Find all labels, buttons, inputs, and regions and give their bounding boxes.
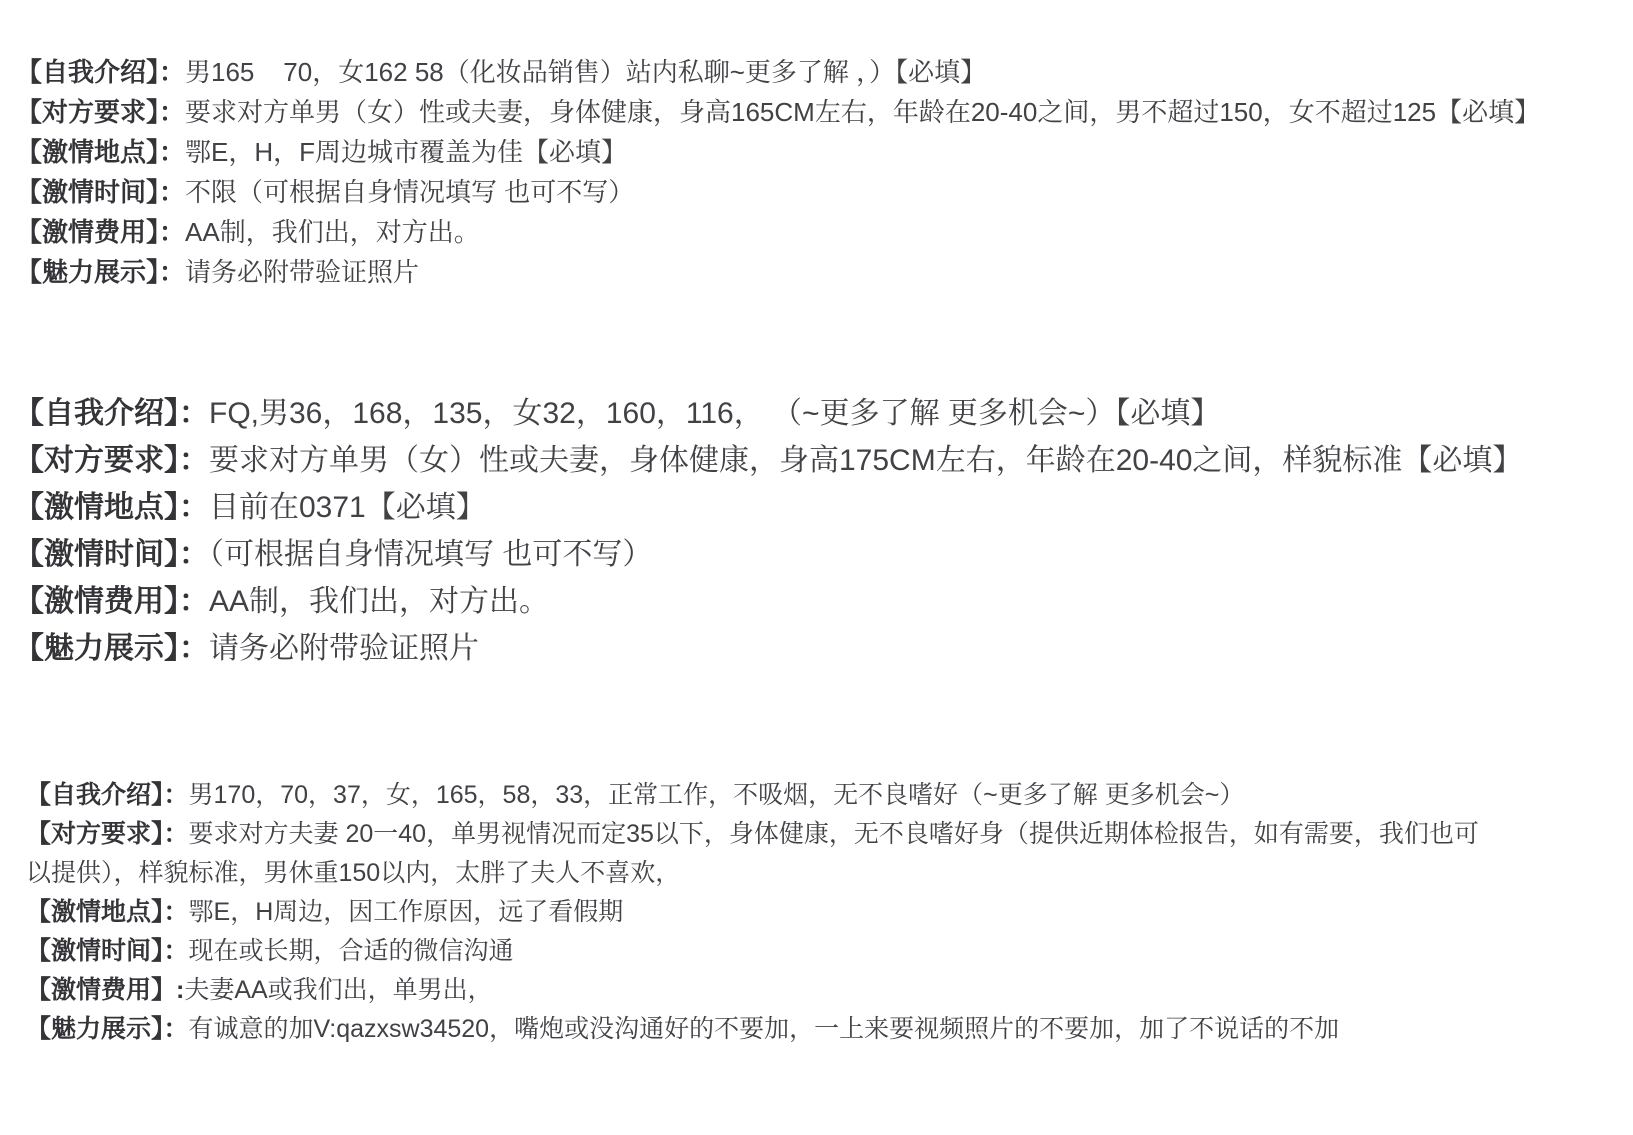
field-label: 【激情时间】： <box>14 538 209 571</box>
field-content: 有诚意的加V:qazxsw34520，嘴炮或没沟通好的不要加，一上来要视频照片的… <box>189 1015 1340 1043</box>
field-content: 请务必附带验证照片 <box>185 257 419 287</box>
post-1: 【自我介绍】：男165 70，女162 58（化妆品销售）站内私聊~更多了解 ，… <box>16 52 1540 292</box>
field-content: 男165 70，女162 58（化妆品销售）站内私聊~更多了解 ，）【必填】 <box>185 57 986 87</box>
field-label: 【自我介绍】： <box>14 397 209 430</box>
field-content: （可根据自身情况填写 也可不写） <box>209 538 652 571</box>
post-field: 【对方要求】：要求对方单男（女）性或夫妻，身体健康，身高165CM左右，年龄在2… <box>16 92 1540 132</box>
post-field: 【对方要求】：要求对方单男（女）性或夫妻，身体健康，身高175CM左右，年龄在2… <box>14 437 1522 484</box>
field-content: 目前在0371【必填】 <box>209 491 486 524</box>
field-content: 鄂E，H，F周边城市覆盖为佳【必填】 <box>185 137 627 167</box>
post-field: 【自我介绍】：男170，70，37，女，165，58，33，正常工作，不吸烟，无… <box>26 776 1501 815</box>
post-field: 【对方要求】：要求对方夫妻 20一40，单男视情况而定35以下，身体健康，无不良… <box>26 815 1501 893</box>
field-label: 【自我介绍】： <box>16 57 185 87</box>
field-content: AA制，我们出，对方出。 <box>209 585 549 618</box>
field-label: 【魅力展示】： <box>16 257 185 287</box>
post-field: 【激情地点】：鄂E，H，F周边城市覆盖为佳【必填】 <box>16 132 1540 172</box>
post-field: 【自我介绍】：男165 70，女162 58（化妆品销售）站内私聊~更多了解 ，… <box>16 52 1540 92</box>
field-label: 【激情时间】： <box>26 937 189 965</box>
field-label: 【魅力展示】： <box>26 1015 189 1043</box>
post-field: 【激情费用】：AA制，我们出，对方出。 <box>14 578 1522 625</box>
field-label: 【魅力展示】： <box>14 632 209 665</box>
post-field: 【激情时间】：（可根据自身情况填写 也可不写） <box>14 531 1522 578</box>
post-field: 【激情费用】:夫妻AA或我们出，单男出， <box>26 971 1501 1010</box>
field-content: 现在或长期，合适的微信沟通 <box>189 937 514 965</box>
field-content: 要求对方夫妻 20一40，单男视情况而定35以下，身体健康，无不良嗜好身（提供近… <box>26 820 1479 887</box>
post-field: 【魅力展示】：有诚意的加V:qazxsw34520，嘴炮或没沟通好的不要加，一上… <box>26 1010 1501 1049</box>
post-field: 【激情时间】：现在或长期，合适的微信沟通 <box>26 932 1501 971</box>
field-label: 【对方要求】： <box>14 444 209 477</box>
field-content: 不限（可根据自身情况填写 也可不写） <box>185 177 634 207</box>
field-content: 夫妻AA或我们出，单男出， <box>184 976 492 1004</box>
field-label: 【对方要求】： <box>16 97 185 127</box>
field-content: AA制，我们出，对方出。 <box>185 217 480 247</box>
field-label: 【激情时间】： <box>16 177 185 207</box>
post-field: 【魅力展示】：请务必附带验证照片 <box>16 252 1540 292</box>
field-content: 鄂E，H周边，因工作原因，远了看假期 <box>189 898 624 926</box>
post-field: 【激情时间】：不限（可根据自身情况填写 也可不写） <box>16 172 1540 212</box>
field-content: 男170，70，37，女，165，58，33，正常工作，不吸烟，无不良嗜好（~更… <box>189 781 1245 809</box>
post-field: 【自我介绍】：FQ,男36，168，135，女32，160，116， （~更多了… <box>14 390 1522 437</box>
field-label: 【自我介绍】： <box>26 781 189 809</box>
post-field: 【魅力展示】：请务必附带验证照片 <box>14 625 1522 672</box>
field-content: FQ,男36，168，135，女32，160，116， （~更多了解 更多机会~… <box>209 397 1220 430</box>
post-field: 【激情费用】：AA制，我们出，对方出。 <box>16 212 1540 252</box>
post-3: 【自我介绍】：男170，70，37，女，165，58，33，正常工作，不吸烟，无… <box>26 776 1501 1049</box>
page: 【自我介绍】：男165 70，女162 58（化妆品销售）站内私聊~更多了解 ，… <box>0 0 1633 1135</box>
field-content: 请务必附带验证照片 <box>209 632 479 665</box>
post-2: 【自我介绍】：FQ,男36，168，135，女32，160，116， （~更多了… <box>14 390 1522 672</box>
field-label: 【激情费用】： <box>16 217 185 247</box>
field-label: 【激情费用】: <box>26 976 184 1004</box>
field-label: 【对方要求】： <box>26 820 189 848</box>
field-content: 要求对方单男（女）性或夫妻，身体健康，身高175CM左右，年龄在20-40之间，… <box>209 444 1522 477</box>
field-content: 要求对方单男（女）性或夫妻，身体健康，身高165CM左右，年龄在20-40之间，… <box>185 97 1540 127</box>
post-field: 【激情地点】：目前在0371【必填】 <box>14 484 1522 531</box>
field-label: 【激情地点】： <box>26 898 189 926</box>
field-label: 【激情费用】： <box>14 585 209 618</box>
post-field: 【激情地点】：鄂E，H周边，因工作原因，远了看假期 <box>26 893 1501 932</box>
field-label: 【激情地点】： <box>14 491 209 524</box>
field-label: 【激情地点】： <box>16 137 185 167</box>
